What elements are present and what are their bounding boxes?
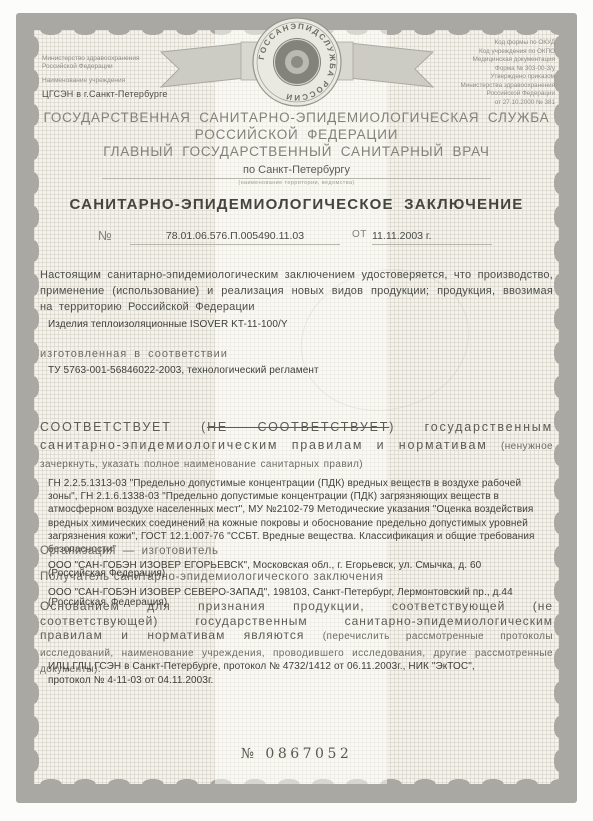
- product-name: Изделия теплоизоляционные ISOVER KT-11-1…: [48, 319, 288, 330]
- certificate-content: Министерство здравоохранения Российской …: [34, 30, 559, 784]
- date-label: ОТ: [352, 229, 367, 240]
- blank-serial-number: № 0867052: [34, 746, 559, 762]
- service-title-line2: РОССИЙСКОЙ ФЕДЕРАЦИИ: [34, 126, 559, 143]
- manufacturer-label: Организация — изготовитель: [40, 545, 219, 557]
- form-code-line: Утверждено приказом: [461, 73, 555, 82]
- form-code-line: Код формы по ОКУД: [461, 39, 555, 48]
- form-codes-block: Код формы по ОКУД Код учреждения по ОКПО…: [461, 39, 555, 107]
- compliance-matches: СООТВЕТСТВУЕТ (: [40, 420, 207, 434]
- date-value: 11.11.2003 г.: [372, 230, 492, 245]
- statement-intro: Настоящим санитарно-эпидемиологическим з…: [40, 267, 553, 315]
- form-code-line: Медицинская документация: [461, 56, 555, 65]
- recipient-country: (Российская Федерация): [48, 596, 167, 611]
- compliance-not-matches-struck: НЕ СООТВЕТСТВУЕТ: [207, 420, 389, 434]
- official-seal-icon: ГОССАНЭПИДСЛУЖБА РОССИИ: [147, 16, 447, 121]
- compliance-statement: СООТВЕТСТВУЕТ (НЕ СООТВЕТСТВУЕТ) государ…: [40, 419, 553, 474]
- recipient-label-row: Получатель санитарно-эпидемиологического…: [40, 571, 553, 583]
- form-code-line: Код учреждения по ОКПО: [461, 48, 555, 57]
- made-in-accordance-label: изготовленная в соответствии: [40, 348, 228, 360]
- territory-caption: (наименование территории, ведомства): [34, 180, 559, 186]
- number-label: №: [98, 228, 112, 243]
- manufacturer-country: (Российская Федерация): [48, 568, 165, 579]
- technical-conditions-value: ТУ 5763-001-56846022-2003, технологическ…: [48, 365, 319, 376]
- territory-value: по Санкт-Петербургу: [34, 164, 559, 176]
- number-value: 78.01.06.576.П.005490.11.03: [130, 230, 340, 245]
- protocols-value: ИЛЦ ГЛЦ ГСЭН в Санкт-Петербурге, протоко…: [48, 660, 519, 687]
- territory-underline: [102, 178, 491, 179]
- form-code-line: Министерства здравоохранения: [461, 82, 555, 91]
- form-code-line: от 27.10.2000 № 381: [461, 99, 555, 108]
- service-title: ГОСУДАРСТВЕННАЯ САНИТАРНО-ЭПИДЕМИОЛОГИЧЕ…: [34, 109, 559, 160]
- document-title: САНИТАРНО-ЭПИДЕМИОЛОГИЧЕСКОЕ ЗАКЛЮЧЕНИЕ: [34, 196, 559, 213]
- form-code-line: Форма № 303-00-3/у: [461, 65, 555, 74]
- form-code-line: Российской Федерации: [461, 90, 555, 99]
- service-title-line1: ГОСУДАРСТВЕННАЯ САНИТАРНО-ЭПИДЕМИОЛОГИЧЕ…: [34, 109, 559, 126]
- service-title-line3: ГЛАВНЫЙ ГОСУДАРСТВЕННЫЙ САНИТАРНЫЙ ВРАЧ: [34, 143, 559, 160]
- certificate-page: Министерство здравоохранения Российской …: [0, 0, 593, 821]
- number-row: № 78.01.06.576.П.005490.11.03 ОТ 11.11.2…: [34, 228, 559, 246]
